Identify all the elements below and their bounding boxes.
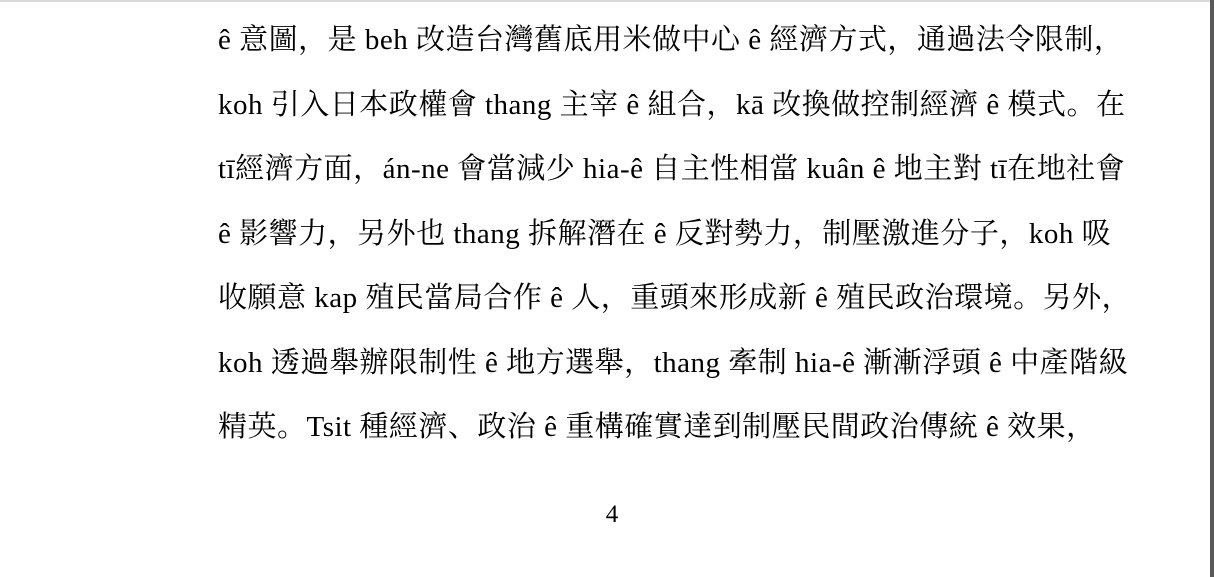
page-top-border-line (0, 0, 1214, 2)
page-number: 4 (218, 500, 1006, 530)
window-right-edge-bar (1210, 0, 1214, 577)
text-line-4: ê 影響力，另外也 thang 拆解潛在 ê 反對勢力，制壓激進分子，koh 吸 (218, 202, 1006, 267)
text-line-3: tī經濟方面，án-ne 會當減少 hia-ê 自主性相當 kuân ê 地主對… (218, 137, 1006, 202)
text-line-1: ê 意圖，是 beh 改造台灣舊底用米做中心 ê 經濟方式，通過法令限制， (218, 8, 1006, 73)
document-page: ê 意圖，是 beh 改造台灣舊底用米做中心 ê 經濟方式，通過法令限制， ko… (0, 0, 1214, 577)
text-line-2: koh 引入日本政權會 thang 主宰 ê 組合，kā 改換做控制經濟 ê 模… (218, 73, 1006, 138)
text-line-7: 精英。Tsit 種經濟、政治 ê 重構確實達到制壓民間政治傳統 ê 效果， (218, 395, 1006, 460)
text-line-6: koh 透過舉辦限制性 ê 地方選舉，thang 牽制 hia-ê 漸漸浮頭 ê… (218, 331, 1006, 396)
text-line-5: 收願意 kap 殖民當局合作 ê 人，重頭來形成新 ê 殖民政治環境。另外， (218, 266, 1006, 331)
paragraph-text-block: ê 意圖，是 beh 改造台灣舊底用米做中心 ê 經濟方式，通過法令限制， ko… (218, 8, 1006, 460)
